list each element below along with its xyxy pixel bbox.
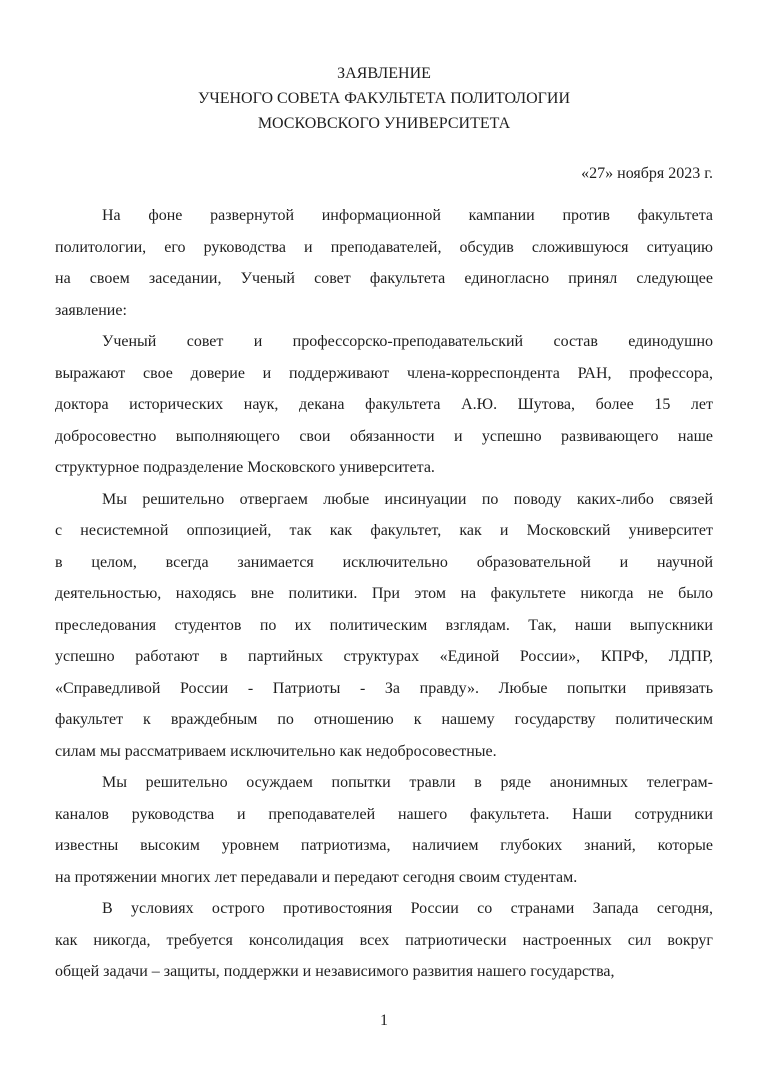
title-line: МОСКОВСКОГО УНИВЕРСИТЕТА (55, 111, 713, 136)
text-line: политологии, его руководства и преподава… (55, 232, 713, 264)
paragraph: На фоне развернутой информационной кампа… (55, 200, 713, 326)
text-line: структурное подразделение Московского ун… (55, 452, 713, 484)
document-title: ЗАЯВЛЕНИЕ УЧЕНОГО СОВЕТА ФАКУЛЬТЕТА ПОЛИ… (55, 61, 713, 136)
title-line: УЧЕНОГО СОВЕТА ФАКУЛЬТЕТА ПОЛИТОЛОГИИ (55, 86, 713, 111)
text-line: на протяжении многих лет передавали и пе… (55, 862, 713, 894)
text-line: каналов руководства и преподавателей наш… (55, 799, 713, 831)
text-line: добросовестно выполняющего свои обязанно… (55, 421, 713, 453)
text-line: с несистемной оппозицией, так как факуль… (55, 515, 713, 547)
text-line: доктора исторических наук, декана факуль… (55, 389, 713, 421)
text-line: успешно работают в партийных структурах … (55, 641, 713, 673)
text-line: преследования студентов по их политическ… (55, 610, 713, 642)
text-line: На фоне развернутой информационной кампа… (55, 200, 713, 232)
document-page: ЗАЯВЛЕНИЕ УЧЕНОГО СОВЕТА ФАКУЛЬТЕТА ПОЛИ… (0, 0, 768, 1086)
text-line: в целом, всегда занимается исключительно… (55, 547, 713, 579)
title-line: ЗАЯВЛЕНИЕ (55, 61, 713, 86)
text-line: известны высоким уровнем патриотизма, на… (55, 830, 713, 862)
text-line: Мы решительно отвергаем любые инсинуации… (55, 484, 713, 516)
text-line: заявление: (55, 295, 713, 327)
text-line: силам мы рассматриваем исключительно как… (55, 736, 713, 768)
document-date: «27» ноября 2023 г. (55, 158, 713, 190)
text-line: «Справедливой России - Патриоты - За пра… (55, 673, 713, 705)
paragraph: Ученый совет и профессорско-преподавател… (55, 326, 713, 484)
text-line: В условиях острого противостояния России… (55, 893, 713, 925)
paragraph: Мы решительно осуждаем попытки травли в … (55, 767, 713, 893)
text-line: общей задачи – защиты, поддержки и незав… (55, 956, 713, 988)
text-line: деятельностью, находясь вне политики. Пр… (55, 578, 713, 610)
document-body: На фоне развернутой информационной кампа… (55, 200, 713, 988)
text-line: факультет к враждебным по отношению к на… (55, 704, 713, 736)
paragraph: Мы решительно отвергаем любые инсинуации… (55, 484, 713, 768)
paragraph: В условиях острого противостояния России… (55, 893, 713, 988)
text-line: Мы решительно осуждаем попытки травли в … (55, 767, 713, 799)
page-number: 1 (55, 1005, 713, 1037)
text-line: выражают свое доверие и поддерживают чле… (55, 358, 713, 390)
text-line: как никогда, требуется консолидация всех… (55, 925, 713, 957)
text-line: Ученый совет и профессорско-преподавател… (55, 326, 713, 358)
text-line: на своем заседании, Ученый совет факульт… (55, 263, 713, 295)
